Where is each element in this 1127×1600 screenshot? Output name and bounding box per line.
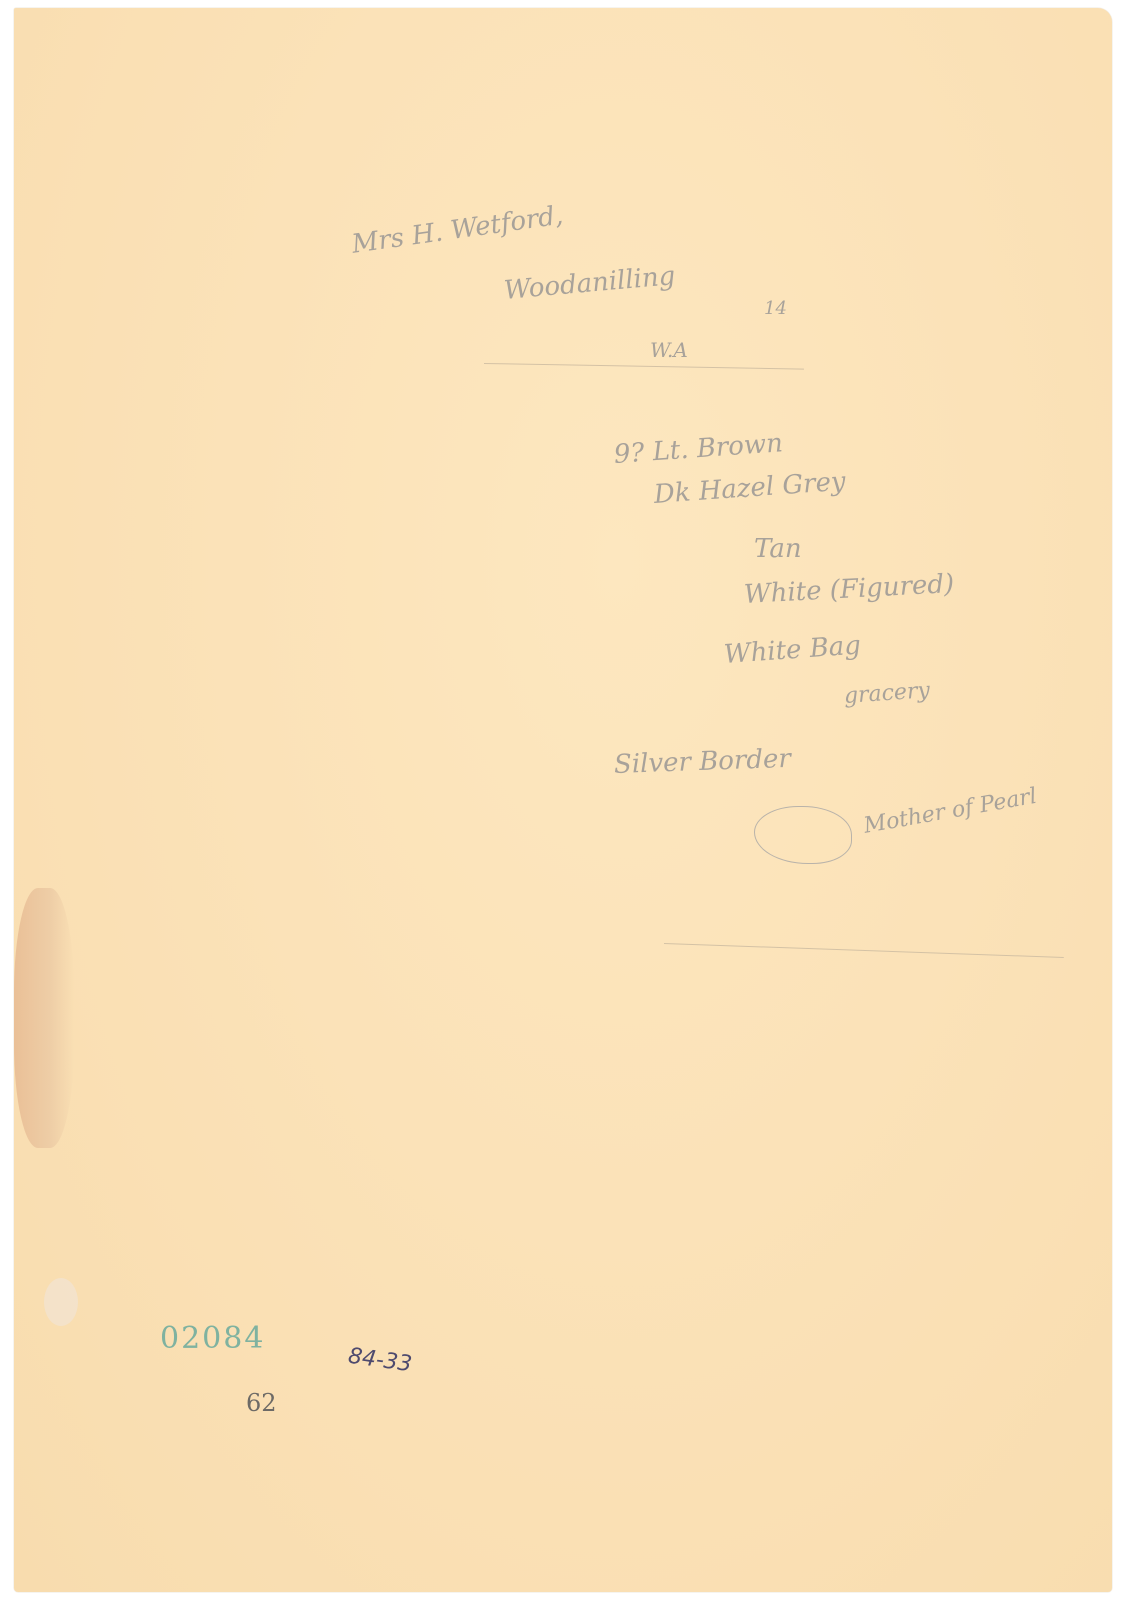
catalog-number-stamp: 02084 [160, 1321, 265, 1356]
water-stain [14, 888, 74, 1148]
address-line-3: W.A [650, 338, 688, 362]
note-4: White (Figured) [743, 569, 955, 610]
address-line-1: Mrs H. Wetford, [350, 201, 565, 260]
address-line-2: Woodanilling [503, 261, 677, 306]
cloud-sketch [754, 806, 852, 864]
note-6: gracery [843, 678, 931, 709]
divider-line-2 [664, 943, 1064, 958]
note-3: Tan [754, 534, 802, 564]
note-8: Mother of Pearl [862, 784, 1039, 839]
note-2: Dk Hazel Grey [653, 467, 847, 510]
divider-line-1 [484, 363, 804, 370]
ink-reference-note: 84-33 [347, 1344, 414, 1378]
note-7: Silver Border [613, 744, 791, 780]
address-line-2-suffix: 14 [764, 298, 787, 319]
card-back-page: Mrs H. Wetford, Woodanilling 14 W.A 9? L… [14, 8, 1112, 1592]
note-5: White Bag [723, 630, 862, 669]
paper-tear-mark [44, 1278, 78, 1326]
note-1: 9? Lt. Brown [613, 428, 784, 470]
page-number-stamp: 62 [246, 1389, 277, 1417]
